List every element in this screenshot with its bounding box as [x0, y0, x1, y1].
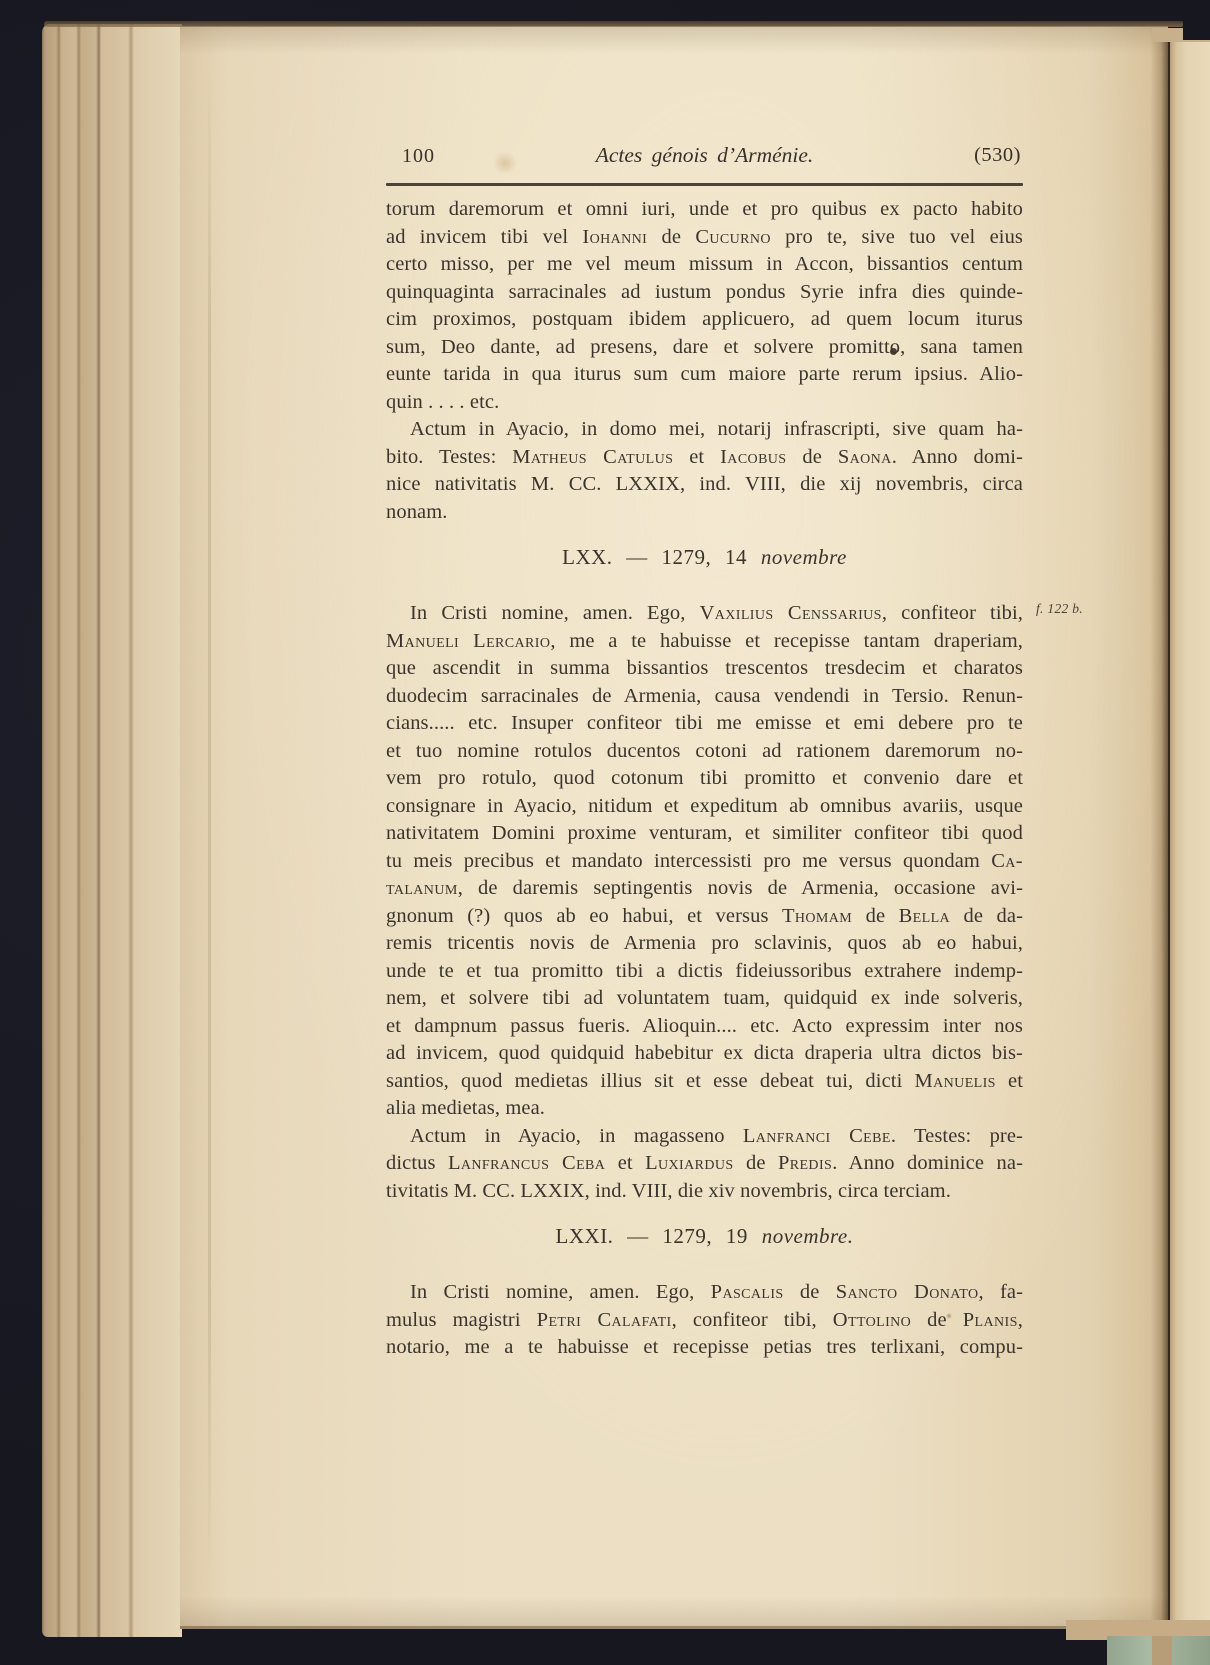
page-top-edge	[44, 21, 1184, 27]
text-line: certo misso, per me vel meum missum in A…	[386, 251, 1023, 279]
text-segment: In Cristi nomine, amen. Ego,	[410, 1281, 711, 1303]
small-caps-name: Predis	[778, 1152, 832, 1174]
folio-reference: (530)	[974, 144, 1021, 167]
paragraph: In Cristi nomine, amen. Ego, Pascalis de…	[386, 1279, 1023, 1362]
text-segment: cim proximos, postquam ibidem applicuero…	[386, 308, 1023, 330]
text-segment: de	[734, 1152, 778, 1174]
text-segment: , de daremis septingentis novis de Armen…	[458, 877, 1023, 899]
text-segment: de	[647, 226, 695, 248]
text-line: nem, et solvere tibi ad voluntatem tuam,…	[386, 985, 1023, 1013]
text-line: ad invicem tibi vel Iohanni de Cucurno p…	[386, 224, 1023, 252]
small-caps-name: Vaxilius Censsarius	[700, 602, 882, 624]
text-segment: , fa-	[978, 1281, 1023, 1303]
text-segment: dictus	[386, 1152, 448, 1174]
text-segment: . Anno dominice na-	[832, 1152, 1023, 1174]
small-caps-name: Manuelis	[915, 1070, 996, 1092]
text-line: nonam.	[386, 499, 1023, 527]
italic-text: novembre	[761, 545, 847, 569]
text-line: bito. Testes: Matheus Catulus et Iacobus…	[386, 444, 1023, 472]
text-line: quin . . . . etc.	[386, 389, 1023, 417]
text-segment: et	[996, 1070, 1023, 1092]
act-heading: LXX. — 1279, 14 novembre	[386, 542, 1023, 572]
text-line: dictus Lanfrancus Ceba et Luxiardus de P…	[386, 1150, 1023, 1178]
text-segment: eunte tarida in qua iturus sum cum maior…	[386, 363, 1023, 385]
small-caps-name: Planis	[963, 1309, 1018, 1331]
text-segment: et	[673, 446, 720, 468]
text-segment: unde te et tua promitto tibi a dictis fi…	[386, 960, 1023, 982]
text-segment: . Testes: pre-	[891, 1125, 1023, 1147]
text-segment: notario, me a te habuisse et recepisse p…	[386, 1336, 1023, 1358]
text-line: et tuo nomine rotulos ducentos cotoni ad…	[386, 738, 1023, 766]
text-segment: duodecim sarracinales de Armenia, causa …	[386, 685, 1023, 707]
text-segment: Actum in Ayacio, in magasseno	[410, 1125, 743, 1147]
text-line: eunte tarida in qua iturus sum cum maior…	[386, 361, 1023, 389]
text-segment: , confiteor tibi,	[672, 1309, 833, 1331]
text-line: consignare in Ayacio, nitidum et expedit…	[386, 793, 1023, 821]
text-segment: de	[852, 905, 898, 927]
text-line: tu meis precibus et mandato intercessist…	[386, 848, 1023, 876]
small-caps-name: Saona	[838, 446, 892, 468]
small-caps-name: Bella	[899, 905, 950, 927]
text-segment: vem pro rotulo, quod cotonum tibi promit…	[386, 767, 1023, 789]
paragraph: In Cristi nomine, amen. Ego, Vaxilius Ce…	[386, 600, 1023, 1123]
text-segment: remis tricentis novis de Armenia pro scl…	[386, 932, 1023, 954]
header-rule	[386, 183, 1023, 186]
text-segment: nem, et solvere tibi ad voluntatem tuam,…	[386, 987, 1023, 1009]
small-caps-name: Sancto Donato	[836, 1281, 979, 1303]
text-segment: de	[784, 1281, 836, 1303]
text-line: unde te et tua promitto tibi a dictis fi…	[386, 958, 1023, 986]
text-line: cim proximos, postquam ibidem applicuero…	[386, 306, 1023, 334]
text-line: alia medietas, mea.	[386, 1095, 1023, 1123]
text-line: Actum in Ayacio, in magasseno Lanfranci …	[386, 1123, 1023, 1151]
text-segment: et dampnum passus fueris. Alioquin.... e…	[386, 1015, 1023, 1037]
text-line: notario, me a te habuisse et recepisse p…	[386, 1334, 1023, 1362]
running-title: Actes génois d’Arménie.	[386, 143, 1023, 168]
scanned-book-photo: 100 Actes génois d’Arménie. (530) torum …	[0, 0, 1210, 1665]
paragraph: Actum in Ayacio, in domo mei, notarij in…	[386, 416, 1023, 526]
text-line: gnonum (?) quos ab eo habui, et versus T…	[386, 903, 1023, 931]
text-segment: et	[605, 1152, 645, 1174]
text-line: duodecim sarracinales de Armenia, causa …	[386, 683, 1023, 711]
text-line: et dampnum passus fueris. Alioquin.... e…	[386, 1013, 1023, 1041]
text-segment: . Anno domi-	[892, 446, 1023, 468]
text-segment: , confiteor tibi,	[882, 602, 1023, 624]
text-segment: ad invicem tibi vel	[386, 226, 582, 248]
text-segment: que ascendit in summa bissantios trescen…	[386, 657, 1023, 679]
text-segment: consignare in Ayacio, nitidum et expedit…	[386, 795, 1023, 817]
small-caps-name: Manueli Lercario	[386, 630, 550, 652]
text-segment: LXXI. — 1279, 19	[556, 1224, 762, 1248]
small-caps-name: Lanfranci Cebe	[743, 1125, 891, 1147]
text-line: que ascendit in summa bissantios trescen…	[386, 655, 1023, 683]
gutter-shadow	[1150, 30, 1170, 1626]
small-caps-name: Thomam	[782, 905, 852, 927]
text-segment: sum, Deo dante, ad presens, dare et solv…	[386, 336, 1023, 358]
text-segment: gnonum (?) quos ab eo habui, et versus	[386, 905, 782, 927]
italic-text: novembre.	[762, 1224, 854, 1248]
text-line: vem pro rotulo, quod cotonum tibi promit…	[386, 765, 1023, 793]
facing-page-edge	[1170, 34, 1210, 1626]
text-segment: ad invicem, quod quidquid habebitur ex d…	[386, 1042, 1023, 1064]
small-caps-name: Lanfrancus Ceba	[448, 1152, 605, 1174]
small-caps-name: Pascalis	[711, 1281, 784, 1303]
text-segment: certo misso, per me vel meum missum in A…	[386, 253, 1023, 275]
text-segment: mulus magistri	[386, 1309, 537, 1331]
text-line: nativitatem Domini proxime venturam, et …	[386, 820, 1023, 848]
text-segment: et tuo nomine rotulos ducentos cotoni ad…	[386, 740, 1023, 762]
text-segment: pro te, sive tuo vel eius	[771, 226, 1023, 248]
small-caps-name: Iacobus	[720, 446, 786, 468]
text-line: tivitatis M. CC. LXXIX, ind. VIII, die x…	[386, 1178, 1023, 1206]
text-line: santios, quod medietas illius sit et ess…	[386, 1068, 1023, 1096]
text-line: mulus magistri Petri Calafati, confiteor…	[386, 1307, 1023, 1335]
text-segment: de da-	[950, 905, 1023, 927]
text-segment: nonam.	[386, 501, 448, 523]
text-segment: LXX. — 1279, 14	[562, 545, 761, 569]
text-line: remis tricentis novis de Armenia pro scl…	[386, 930, 1023, 958]
small-caps-name: Ottolino	[833, 1309, 911, 1331]
text-segment: tivitatis M. CC. LXXIX, ind. VIII, die x…	[386, 1180, 951, 1202]
text-segment: quin . . . . etc.	[386, 391, 499, 413]
small-caps-name: Iohanni	[582, 226, 647, 248]
text-segment: de	[911, 1309, 963, 1331]
text-line: talanum, de daremis septingentis novis d…	[386, 875, 1023, 903]
small-caps-name: Ca-	[991, 850, 1023, 872]
small-caps-name: Luxiardus	[645, 1152, 733, 1174]
text-line: In Cristi nomine, amen. Ego, Pascalis de…	[386, 1279, 1023, 1307]
paragraph: Actum in Ayacio, in magasseno Lanfranci …	[386, 1123, 1023, 1206]
text-line: ad invicem, quod quidquid habebitur ex d…	[386, 1040, 1023, 1068]
text-segment: de	[787, 446, 838, 468]
text-segment: Actum in Ayacio, in domo mei, notarij in…	[410, 418, 1023, 440]
page-header: 100 Actes génois d’Arménie. (530)	[386, 143, 1023, 173]
text-line: Actum in Ayacio, in domo mei, notarij in…	[386, 416, 1023, 444]
text-line: Manueli Lercario, me a te habuisse et re…	[386, 628, 1023, 656]
text-segment: ,	[1018, 1309, 1023, 1331]
text-segment: bito. Testes:	[386, 446, 512, 468]
small-caps-name: talanum	[386, 877, 458, 899]
small-caps-name: Matheus Catulus	[512, 446, 673, 468]
text-segment: , me a te habuisse et recepisse tantam d…	[550, 630, 1023, 652]
text-segment: tu meis precibus et mandato intercessist…	[386, 850, 991, 872]
background-notch	[1183, 0, 1210, 40]
text-line: nice nativitatis M. CC. LXXIX, ind. VIII…	[386, 471, 1023, 499]
paragraph: torum daremorum et omni iuri, unde et pr…	[386, 196, 1023, 416]
text-segment: alia medietas, mea.	[386, 1097, 545, 1119]
text-line: quinquaginta sarracinales ad iustum pond…	[386, 279, 1023, 307]
text-segment: quinquaginta sarracinales ad iustum pond…	[386, 281, 1023, 303]
page-corner-curl	[1152, 1636, 1172, 1665]
small-caps-name: Petri Calafati	[537, 1309, 672, 1331]
text-segment: torum daremorum et omni iuri, unde et pr…	[386, 198, 1023, 220]
margin-folio-note: f. 122 b.	[1036, 601, 1126, 617]
page-stack-edges	[42, 24, 182, 1637]
text-segment: santios, quod medietas illius sit et ess…	[386, 1070, 915, 1092]
text-block: torum daremorum et omni iuri, unde et pr…	[386, 196, 1023, 1362]
text-segment: cians..... etc. Insuper confiteor tibi m…	[386, 712, 1023, 734]
page-fold-line	[208, 60, 211, 1580]
text-line: torum daremorum et omni iuri, unde et pr…	[386, 196, 1023, 224]
act-heading: LXXI. — 1279, 19 novembre.	[386, 1221, 1023, 1251]
text-line: sum, Deo dante, ad presens, dare et solv…	[386, 334, 1023, 362]
text-line: cians..... etc. Insuper confiteor tibi m…	[386, 710, 1023, 738]
text-segment: nativitatem Domini proxime venturam, et …	[386, 822, 1023, 844]
text-line: In Cristi nomine, amen. Ego, Vaxilius Ce…	[386, 600, 1023, 628]
text-segment: nice nativitatis M. CC. LXXIX, ind. VIII…	[386, 473, 1023, 495]
text-segment: In Cristi nomine, amen. Ego,	[410, 602, 700, 624]
small-caps-name: Cucurno	[695, 226, 771, 248]
